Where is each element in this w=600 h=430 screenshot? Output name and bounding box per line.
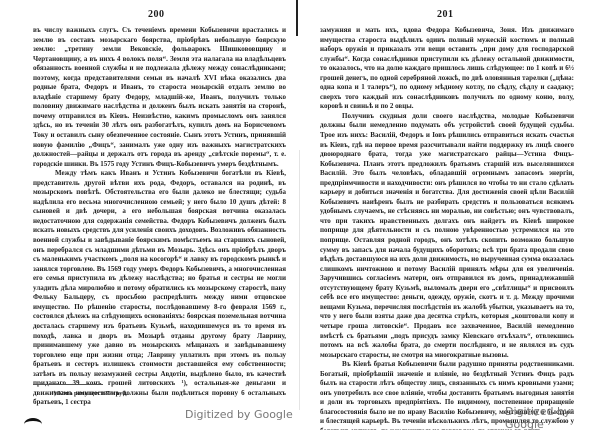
page-curl-mark — [24, 418, 42, 430]
book-gutter — [296, 0, 298, 36]
paragraph: Получивъ скудныя доли своего наслѣдства,… — [320, 112, 574, 360]
page-number-201: 201 — [437, 9, 454, 20]
paragraph: въ числу важныхъ слугъ. Съ теченіемъ вре… — [33, 26, 286, 169]
right-page: 201 замужняя и мать ихъ, вдова Федора Ко… — [300, 0, 600, 430]
google-watermark: Digitized by Google — [505, 405, 600, 430]
google-watermark: Digitized by Google — [185, 408, 293, 421]
page-number-200: 200 — [148, 9, 165, 20]
paragraph: Между тѣмъ какъ Иванъ и Устинъ Кобызевич… — [33, 169, 286, 408]
footnote-rule — [33, 384, 103, 385]
footnote: ¹) Копа равняется 7½ руб. — [52, 390, 127, 397]
paragraph: замужняя и мать ихъ, вдова Федора Кобызе… — [320, 26, 574, 112]
right-page-body: замужняя и мать ихъ, вдова Федора Кобызе… — [320, 26, 574, 430]
left-page: 200 въ числу важныхъ слугъ. Съ теченіемъ… — [0, 0, 296, 430]
left-page-body: въ числу важныхъ слугъ. Съ теченіемъ вре… — [33, 26, 286, 408]
